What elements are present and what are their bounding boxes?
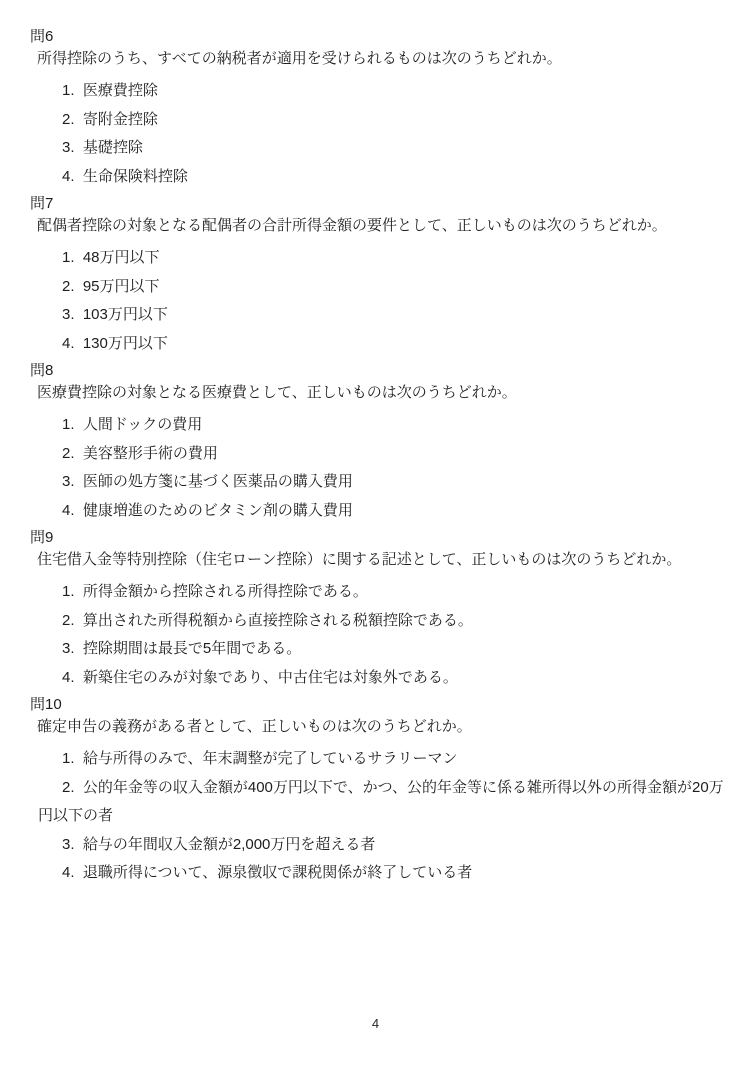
question-option: 2. 95万円以下 xyxy=(38,273,738,302)
question-block: 問8 医療費控除の対象となる医療費として、正しいものは次のうちどれか。 1. 人… xyxy=(30,360,738,525)
question-options: 1. 医療費控除2. 寄附金控除3. 基礎控除4. 生命保険料控除 xyxy=(30,77,738,191)
question-options: 1. 人間ドックの費用2. 美容整形手術の費用3. 医師の処方箋に基づく医薬品の… xyxy=(30,411,738,525)
question-option: 1. 人間ドックの費用 xyxy=(38,411,738,440)
document-page: 問6 所得控除のうち、すべての納税者が適用を受けられるものは次のうちどれか。 1… xyxy=(0,0,751,1080)
questions-list: 問6 所得控除のうち、すべての納税者が適用を受けられるものは次のうちどれか。 1… xyxy=(30,26,738,888)
question-block: 問9 住宅借入金等特別控除（住宅ローン控除）に関する記述として、正しいものは次の… xyxy=(30,527,738,692)
question-option: 1. 給与所得のみで、年末調整が完了しているサラリーマン xyxy=(38,745,738,774)
question-option: 4. 新築住宅のみが対象であり、中古住宅は対象外である。 xyxy=(38,664,738,693)
question-number: 問8 xyxy=(30,360,738,381)
question-statement: 住宅借入金等特別控除（住宅ローン控除）に関する記述として、正しいものは次のうちど… xyxy=(37,549,738,570)
page-footer: 4 xyxy=(0,1015,751,1033)
question-statement: 所得控除のうち、すべての納税者が適用を受けられるものは次のうちどれか。 xyxy=(37,48,738,69)
question-option: 3. 控除期間は最長で5年間である。 xyxy=(38,635,738,664)
question-option: 2. 寄附金控除 xyxy=(38,106,738,135)
question-option: 4. 生命保険料控除 xyxy=(38,163,738,192)
question-number: 問6 xyxy=(30,26,738,47)
question-option: 2. 公的年金等の収入金額が400万円以下で、かつ、公的年金等に係る雑所得以外の… xyxy=(38,774,738,831)
question-statement: 確定申告の義務がある者として、正しいものは次のうちどれか。 xyxy=(37,716,738,737)
question-options: 1. 48万円以下2. 95万円以下3. 103万円以下4. 130万円以下 xyxy=(30,244,738,358)
question-option: 3. 基礎控除 xyxy=(38,134,738,163)
question-options: 1. 給与所得のみで、年末調整が完了しているサラリーマン2. 公的年金等の収入金… xyxy=(30,745,738,888)
question-option: 4. 退職所得について、源泉徴収で課税関係が終了している者 xyxy=(38,859,738,888)
question-option: 1. 医療費控除 xyxy=(38,77,738,106)
question-option: 4. 健康増進のためのビタミン剤の購入費用 xyxy=(38,497,738,526)
question-option: 4. 130万円以下 xyxy=(38,330,738,359)
question-number: 問7 xyxy=(30,193,738,214)
question-block: 問10 確定申告の義務がある者として、正しいものは次のうちどれか。 1. 給与所… xyxy=(30,694,738,888)
question-option: 2. 美容整形手術の費用 xyxy=(38,440,738,469)
question-option: 3. 給与の年間収入金額が2,000万円を超える者 xyxy=(38,831,738,860)
question-block: 問6 所得控除のうち、すべての納税者が適用を受けられるものは次のうちどれか。 1… xyxy=(30,26,738,191)
question-option: 1. 所得金額から控除される所得控除である。 xyxy=(38,578,738,607)
question-option: 3. 103万円以下 xyxy=(38,301,738,330)
question-block: 問7 配偶者控除の対象となる配偶者の合計所得金額の要件として、正しいものは次のう… xyxy=(30,193,738,358)
page-number: 4 xyxy=(372,1016,379,1031)
question-options: 1. 所得金額から控除される所得控除である。2. 算出された所得税額から直接控除… xyxy=(30,578,738,692)
question-option: 2. 算出された所得税額から直接控除される税額控除である。 xyxy=(38,607,738,636)
question-option: 1. 48万円以下 xyxy=(38,244,738,273)
question-statement: 配偶者控除の対象となる配偶者の合計所得金額の要件として、正しいものは次のうちどれ… xyxy=(37,215,738,236)
question-number: 問9 xyxy=(30,527,738,548)
question-option: 3. 医師の処方箋に基づく医薬品の購入費用 xyxy=(38,468,738,497)
question-number: 問10 xyxy=(30,694,738,715)
question-statement: 医療費控除の対象となる医療費として、正しいものは次のうちどれか。 xyxy=(37,382,738,403)
